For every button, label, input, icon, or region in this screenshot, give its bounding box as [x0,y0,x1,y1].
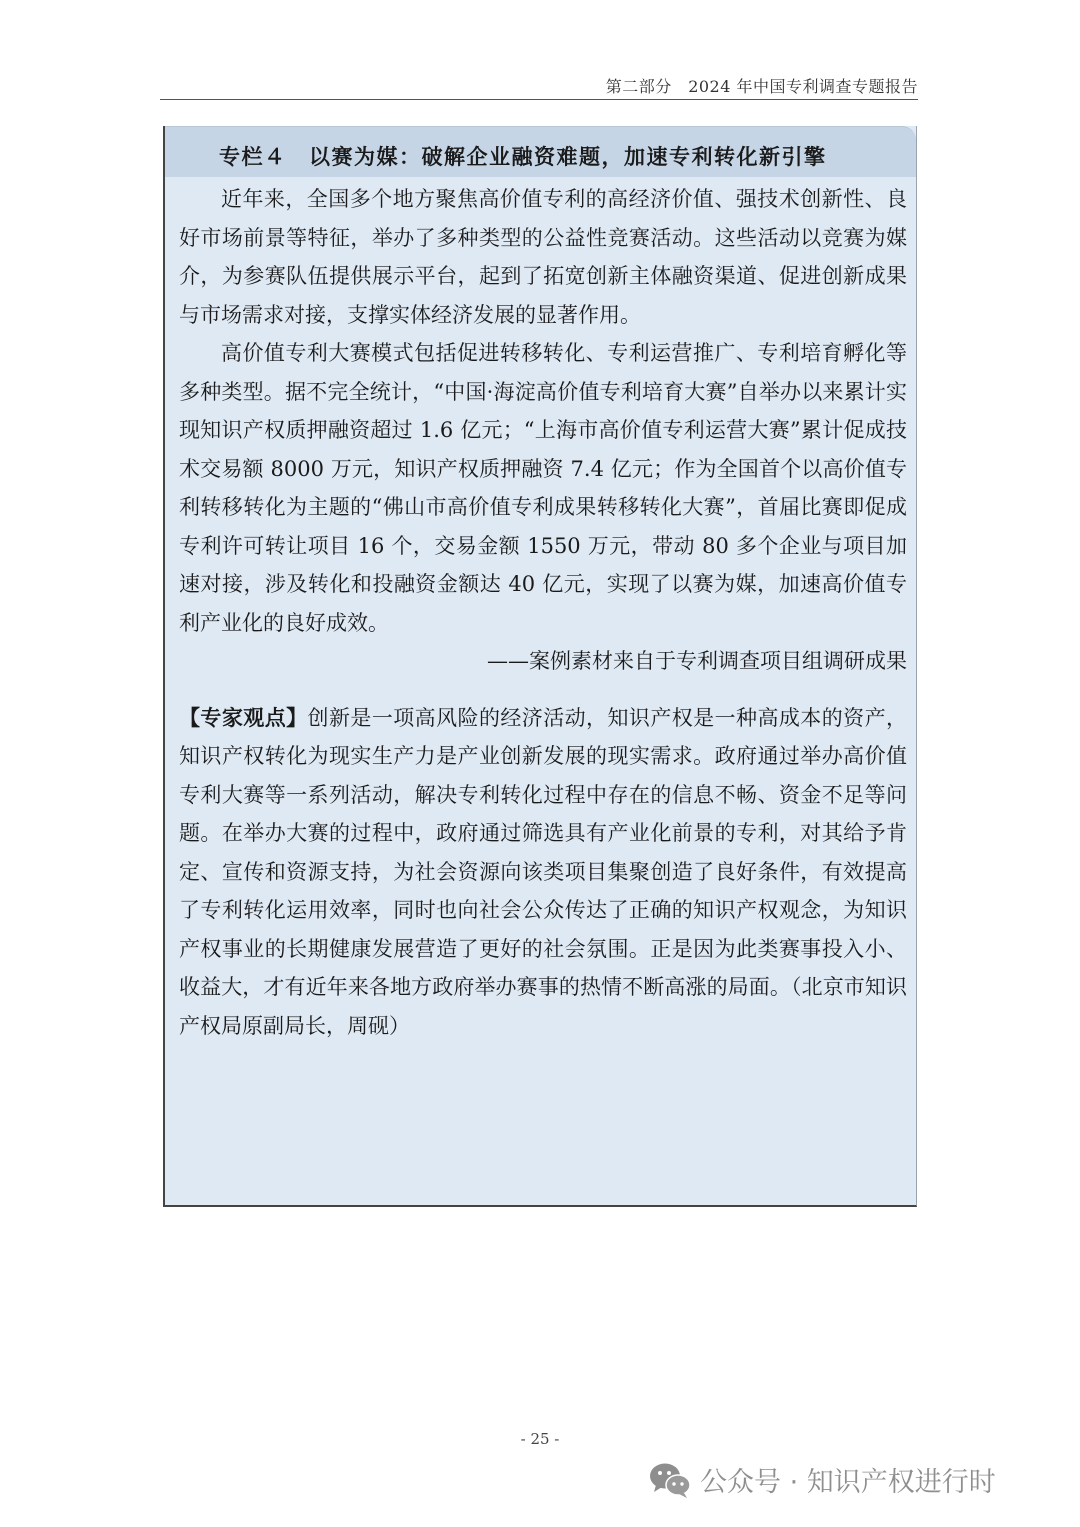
expert-label: 【专家观点】 [179,706,308,730]
watermark-text: 公众号 · 知识产权进行时 [700,1460,996,1499]
case-source: ——案例素材来自于专利调查项目组调研成果 [179,642,907,681]
page-number: - 25 - [0,1430,1080,1448]
box-body: 近年来，全国多个地方聚焦高价值专利的高经济价值、强技术创新性、良好市场前景等特征… [179,180,907,1045]
expert-text: 创新是一项高风险的经济活动，知识产权是一种高成本的资产，知识产权转化为现实生产力… [179,706,907,1038]
running-header: 第二部分 2024 年中国专利调查专题报告 [160,74,918,97]
paragraph-2: 高价值专利大赛模式包括促进转移转化、专利运营推广、专利培育孵化等多种类型。据不完… [179,334,907,642]
expert-opinion: 【专家观点】创新是一项高风险的经济活动，知识产权是一种高成本的资产，知识产权转化… [179,699,907,1046]
sidebar-box-column-4: 专栏４ 以赛为媒：破解企业融资难题，加速专利转化新引擎 近年来，全国多个地方聚焦… [163,126,917,1207]
wechat-icon [648,1461,692,1499]
paragraph-1: 近年来，全国多个地方聚焦高价值专利的高经济价值、强技术创新性、良好市场前景等特征… [179,180,907,334]
header-divider [160,99,918,100]
watermark: 公众号 · 知识产权进行时 [648,1460,996,1499]
box-title: 专栏４ 以赛为媒：破解企业融资难题，加速专利转化新引擎 [219,141,827,171]
box-title-bar: 专栏４ 以赛为媒：破解企业融资难题，加速专利转化新引擎 [165,126,916,177]
